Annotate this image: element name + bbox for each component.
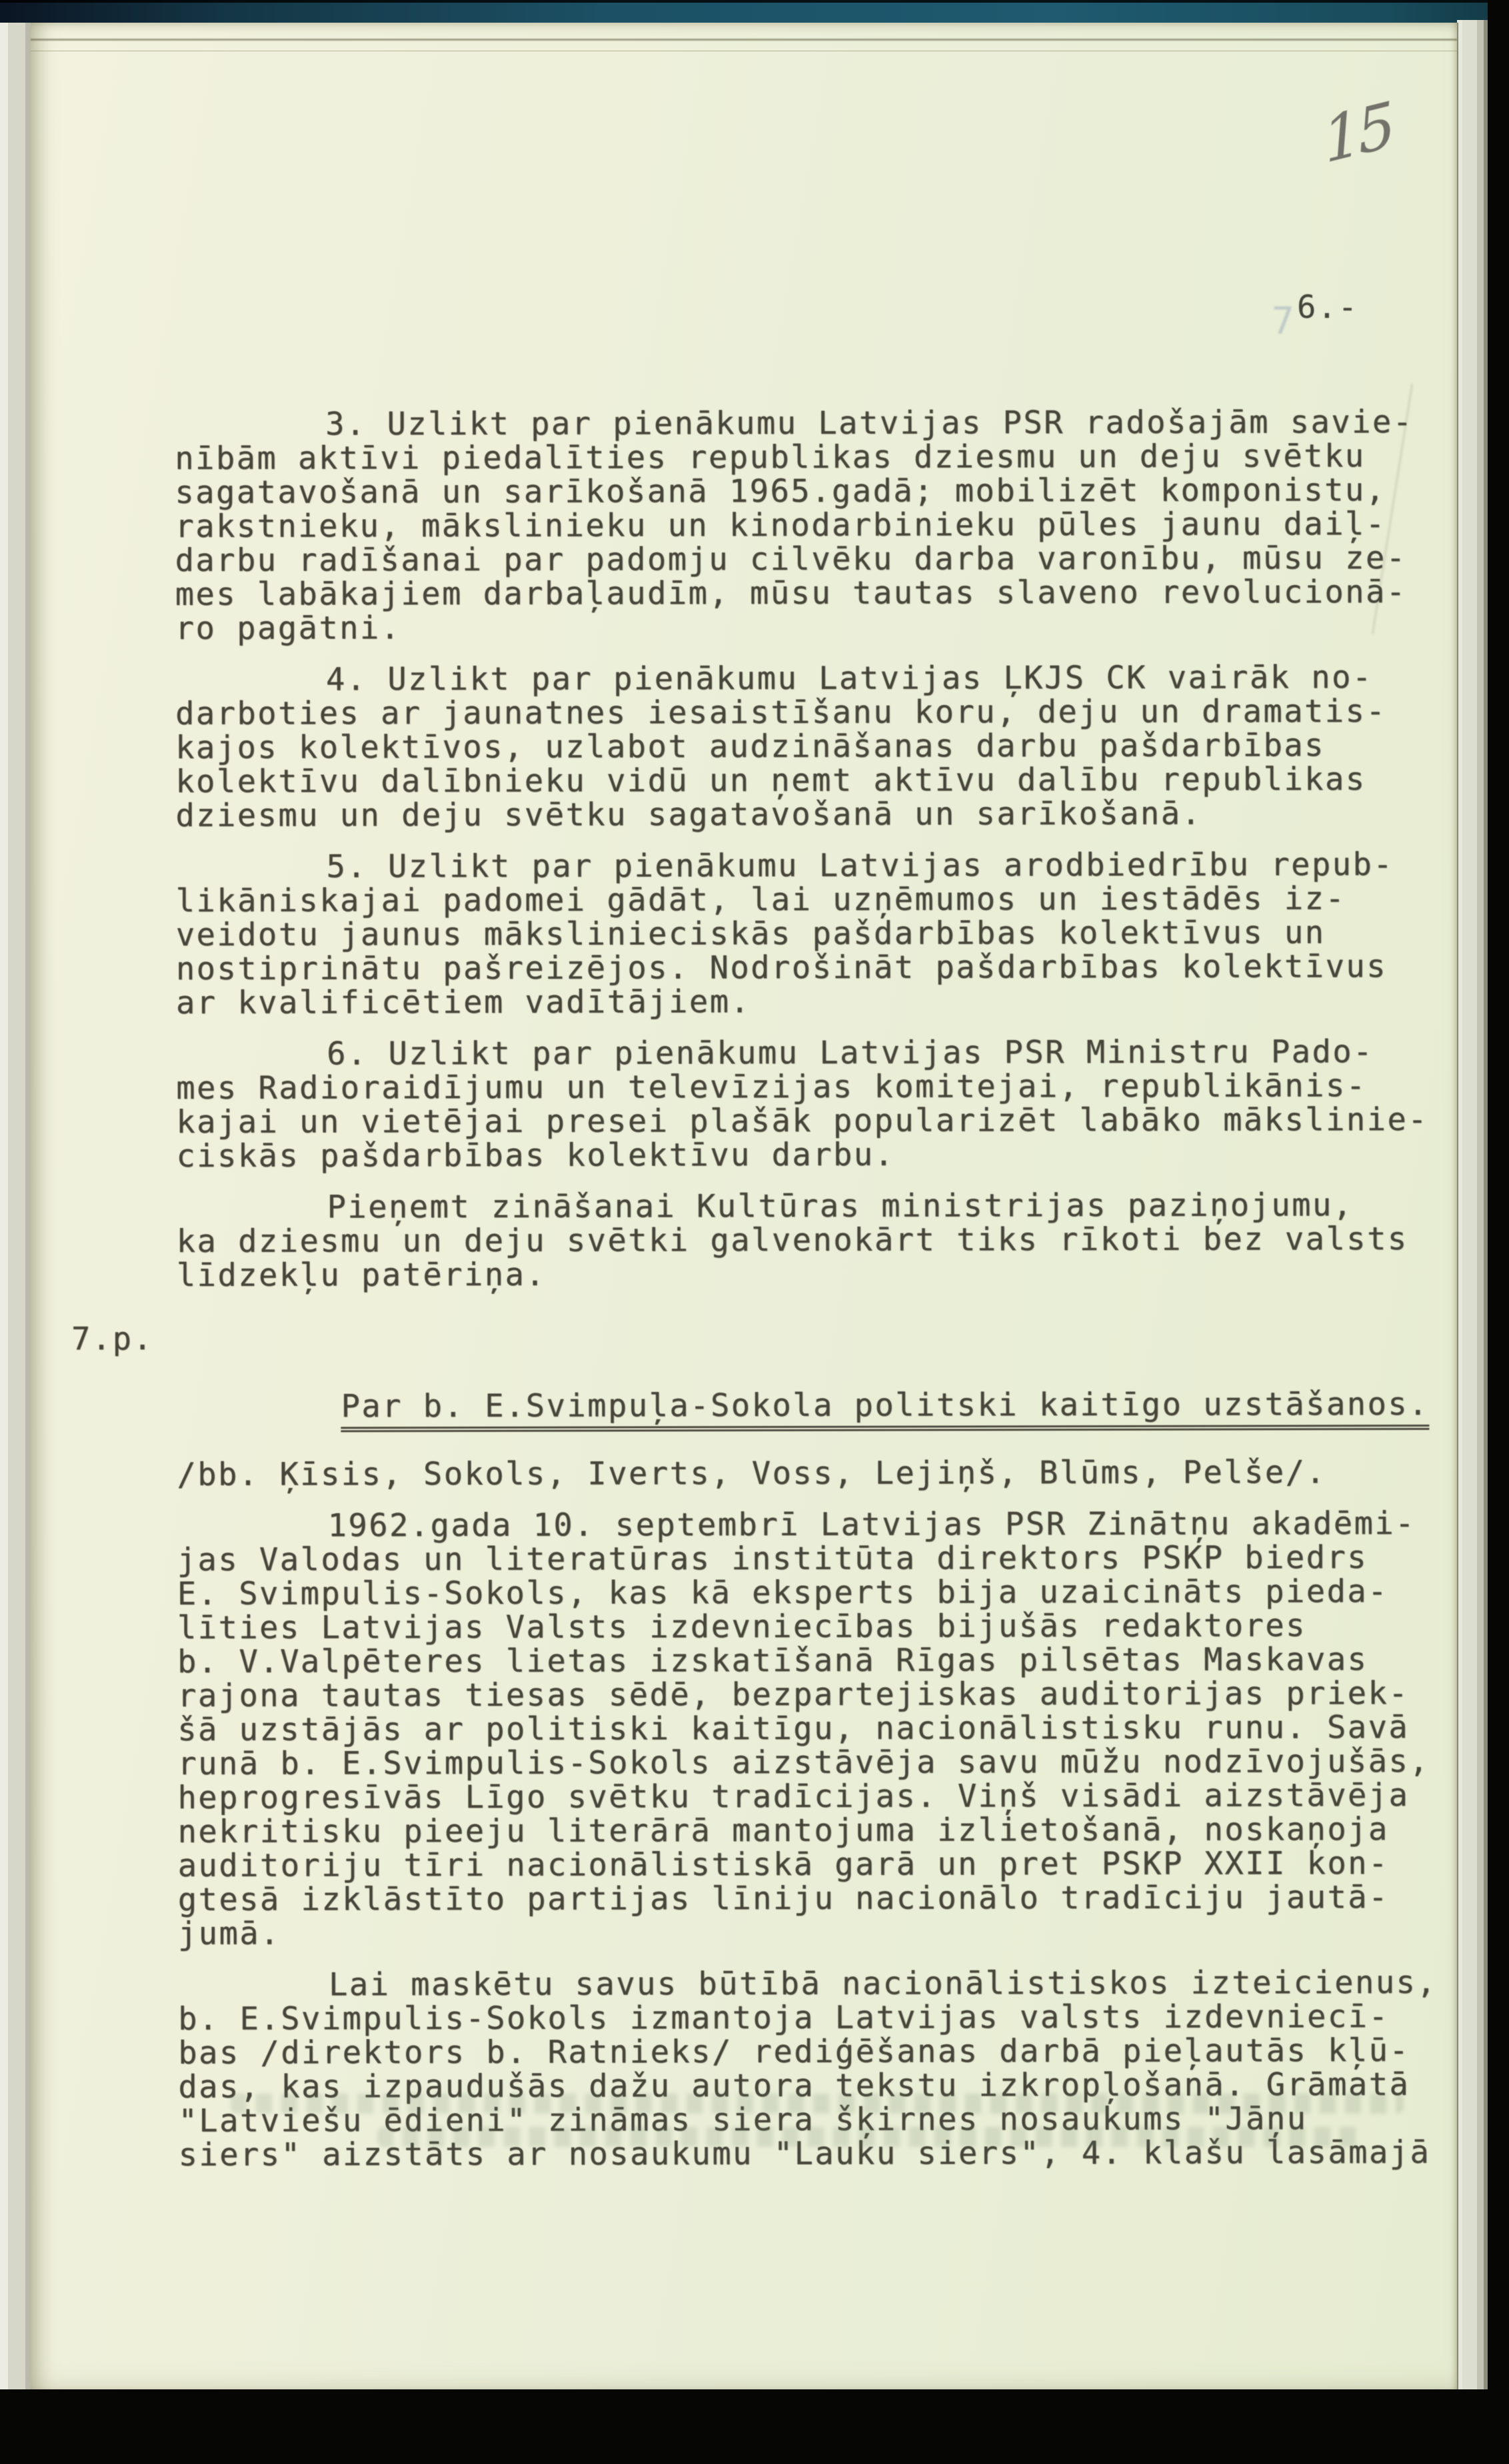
text-line: auditoriju tīri nacionālistiskā garā un … — [178, 1846, 1431, 1883]
text-line: 1962.gada 10. septembrī Latvijas PSR Zin… — [177, 1507, 1430, 1543]
text-line: ar kvalificētiem vadītājiem. — [176, 983, 1429, 1020]
bleed-through-ghost-line — [231, 2094, 1404, 2114]
text-line: nībām aktīvi piedalīties republikas dzie… — [175, 439, 1428, 476]
text-line: Lai maskētu savus būtībā nacionālistisko… — [178, 1966, 1431, 2002]
bleed-through-ghost-line — [377, 2127, 1364, 2147]
bleed-through-numeral: 7 — [1272, 300, 1294, 343]
text-line: ka dziesmu un deju svētki galvenokārt ti… — [177, 1222, 1430, 1259]
text-line: 3. Uzlikt par pienākumu Latvijas PSR rad… — [175, 405, 1428, 442]
text-line: b. E.Svimpulis-Sokols izmantoja Latvijas… — [178, 2000, 1431, 2036]
paragraph-6: 6. Uzlikt par pienākumu Latvijas PSR Min… — [176, 1035, 1429, 1173]
document-paper: 15 7 6.- 3. Uzlikt par pienākumu Latvija… — [31, 23, 1458, 2389]
page-stack-edge-right — [1457, 20, 1488, 2389]
text-line: darbu radīšanai par padomju cilvēku darb… — [175, 541, 1428, 578]
text-line: bas /direktors b. Ratnieks/ rediģēšanas … — [178, 2034, 1431, 2070]
text-line: sagatavošanā un sarīkošanā 1965.gadā; mo… — [175, 473, 1428, 510]
section-7-number: 7.p. — [71, 1322, 153, 1356]
text-line: šā uzstājās ar politiski kaitīgu, nacion… — [177, 1710, 1430, 1747]
text-line: dziesmu un deju svētku sagatavošanā un s… — [175, 796, 1428, 833]
paragraph-5: 5. Uzlikt par pienākumu Latvijas arodbie… — [176, 848, 1430, 1020]
section-7-attendees: /bb. Ķīsis, Sokols, Iverts, Voss, Lejiņš… — [177, 1455, 1430, 1492]
text-line: veidotu jaunus mākslinieciskās pašdarbīb… — [176, 916, 1429, 952]
text-line: nekritisku pieeju literārā mantojuma izl… — [178, 1812, 1431, 1849]
text-line: 6. Uzlikt par pienākumu Latvijas PSR Min… — [176, 1035, 1429, 1071]
text-line: kajos kolektīvos, uzlabot audzināšanas d… — [175, 728, 1428, 765]
text-line: 4. Uzlikt par pienākumu Latvijas ĻKJS CK… — [175, 660, 1428, 697]
section-7-heading-row: 7.p. Par b. E.Svimpuļa-Sokola politski k… — [177, 1319, 1430, 1458]
text-line: 5. Uzlikt par pienākumu Latvijas arodbie… — [176, 848, 1429, 884]
text-line: līdzekļu patēriņa. — [177, 1256, 1430, 1293]
text-line: b. V.Valpēteres lietas izskatīšanā Rīgas… — [177, 1642, 1430, 1679]
typewritten-text-body: 3. Uzlikt par pienākumu Latvijas PSR rad… — [175, 405, 1432, 2189]
text-line: kajai un vietējai presei plašāk populari… — [176, 1103, 1429, 1139]
page-number: 6.- — [1297, 289, 1358, 326]
scanner-background-top — [0, 0, 1509, 23]
text-line: mes labākajiem darbaļaudīm, mūsu tautas … — [175, 575, 1428, 612]
text-line: rajona tautas tiesas sēdē, bezpartejiska… — [177, 1676, 1430, 1713]
text-line: runā b. E.Svimpulis-Sokols aizstāvēja sa… — [177, 1744, 1430, 1781]
text-line: nostiprinātu pašreizējos. Nodrošināt paš… — [176, 949, 1429, 986]
text-line: kolektīvu dalībnieku vidū un ņemt aktīvu… — [175, 762, 1428, 799]
text-line: E. Svimpulis-Sokols, kas kā eksperts bij… — [177, 1574, 1430, 1611]
text-line: darboties ar jaunatnes iesaistīšanu koru… — [175, 694, 1428, 731]
paper-top-edge-line — [31, 39, 1457, 41]
section-7-paragraph-1: 1962.gada 10. septembrī Latvijas PSR Zin… — [177, 1507, 1431, 1951]
text-line: ciskās pašdarbības kolektīvu darbu. — [177, 1137, 1430, 1173]
text-line: ro pagātni. — [175, 609, 1428, 646]
section-7-title: Par b. E.Svimpuļa-Sokola politski kaitīg… — [341, 1386, 1429, 1432]
page-stack-edge-left — [0, 23, 31, 2389]
text-line: gtesā izklāstīto partijas līniju nacionā… — [178, 1880, 1431, 1917]
handwritten-page-number: 15 — [1320, 89, 1395, 177]
paragraph-acknowledge: Pieņemt zināšanai Kultūras ministrijas p… — [177, 1188, 1430, 1293]
text-line: Pieņemt zināšanai Kultūras ministrijas p… — [177, 1188, 1430, 1225]
scanner-background-bottom — [0, 2389, 1509, 2464]
text-line: jumā. — [178, 1914, 1431, 1951]
scanner-background-right — [1488, 0, 1509, 2464]
scanned-document-page: 15 7 6.- 3. Uzlikt par pienākumu Latvija… — [0, 0, 1509, 2464]
text-line: jas Valodas un literatūras institūta dir… — [177, 1540, 1430, 1577]
paragraph-4: 4. Uzlikt par pienākumu Latvijas ĻKJS CK… — [175, 660, 1429, 833]
text-line: likāniskajai padomei gādāt, lai uzņēmumo… — [176, 882, 1429, 918]
text-line: mes Radioraidījumu un televīzijas komite… — [176, 1069, 1429, 1105]
text-line: līties Latvijas Valsts izdevniecības bij… — [177, 1608, 1430, 1645]
paragraph-3: 3. Uzlikt par pienākumu Latvijas PSR rad… — [175, 405, 1428, 646]
text-line: rakstnieku, mākslinieku un kinodarbiniek… — [175, 507, 1428, 544]
text-line: heprogresīvās Līgo svētku tradīcijas. Vi… — [178, 1778, 1431, 1815]
paper-top-edge-line-faint — [31, 51, 1457, 51]
